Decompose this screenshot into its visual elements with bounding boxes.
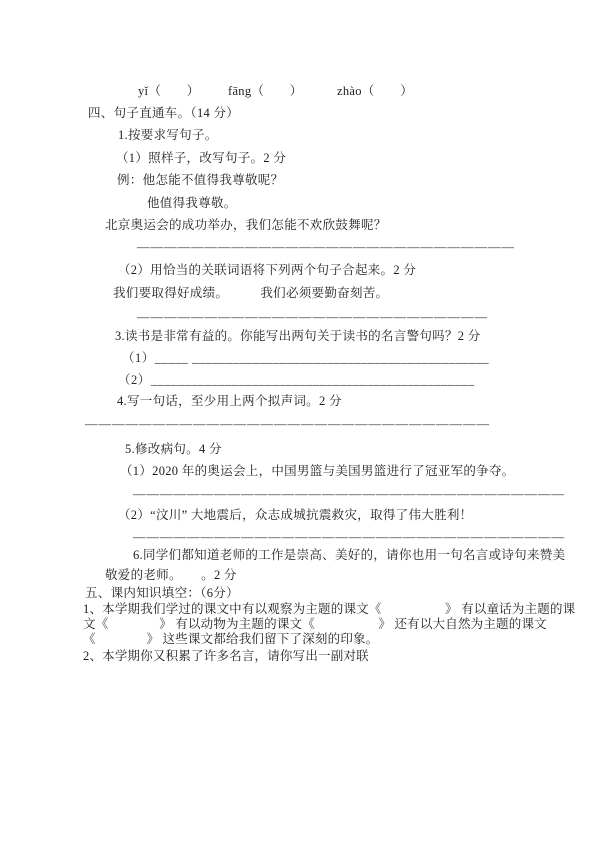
section4-q1-title: 1.按要求写句子。 [118, 128, 218, 143]
section4-q6-line1: 6.同学们都知道老师的工作是崇高、美好的，请你也用一句名言或诗句来赞美 [133, 548, 565, 563]
section4-q1-part1: （1）照样子，改写句子。2 分 [116, 151, 286, 166]
section4-q3-title: 3.读书是非常有益的。你能写出两句关于读书的名言警句吗？2 分 [115, 329, 481, 344]
section4-q3-blank1: （1）_____ _______________________________… [122, 351, 489, 366]
section5-q1-line1: 1、本学期我们学过的课文中有以观察为主题的课文《 》 有以童话为主题的课 [83, 602, 575, 618]
section4-q6-line2: 敬爱的老师。 。2 分 [105, 568, 237, 583]
section4-q5-answer-line2: ———————————————————————————————— [133, 530, 565, 545]
section4-q4-title: 4.写一句话，至少用上两个拟声词。2 分 [117, 394, 342, 409]
pinyin-blank-fang: fāng（ ） [228, 84, 303, 99]
section4-q5-part2: （2）“汶川” 大地震后，众志成城抗震救灾，取得了伟大胜利！ [118, 508, 472, 523]
section4-q1-example-answer: 他值得我尊敬。 [147, 196, 237, 211]
section4-q4-answer-line: —————————————————————————————— [85, 417, 490, 432]
section5-q2-line: 2、本学期你又积累了许多名言，请你写出一副对联 [83, 649, 369, 665]
section4-q1-answer-line: ———————————————————————————— [137, 240, 515, 255]
section4-q5-title: 5.修改病句。4 分 [125, 442, 222, 457]
pinyin-blank-zhao: zhào（ ） [337, 84, 413, 99]
section4-q2-sentences: 我们要取得好成绩。 我们必须要勤奋刻苦。 [113, 286, 388, 301]
section4-q2-part2: （2）用恰当的关联词语将下列两个句子合起来。2 分 [118, 263, 416, 278]
section4-q1-prompt: 北京奥运会的成功举办，我们怎能不欢欣鼓舞呢？ [105, 218, 387, 233]
section4-q1-example: 例：他怎能不值得我尊敬呢？ [117, 173, 283, 188]
section4-q5-part1: （1）2020 年的奥运会上，中国男篮与美国男篮进行了冠亚军的争夺。 [120, 464, 515, 479]
section5-heading: 五、课内知识填空：（6分） [85, 586, 239, 601]
section5-q1-line2: 文《 》 有以动物为主题的课文《 》 还有以大自然为主题的课文 [83, 617, 547, 633]
section4-q5-answer-line1: ———————————————————————————————— [133, 487, 565, 502]
exam-paper-page: yǐ（ ） fāng（ ） zhào（ ） 四、句子直通车。（14 分） 1.按… [0, 0, 596, 842]
section5-q1-line3: 《 》 这些课文都给我们留下了深刻的印象。 [83, 632, 378, 648]
section4-q3-blank2: （2）_____________________________________… [118, 373, 475, 388]
pinyin-blank-yi: yǐ（ ） [138, 84, 200, 99]
section4-heading: 四、句子直通车。（14 分） [88, 106, 239, 121]
section4-q2-answer-line: —————————————————————————— [137, 310, 488, 325]
